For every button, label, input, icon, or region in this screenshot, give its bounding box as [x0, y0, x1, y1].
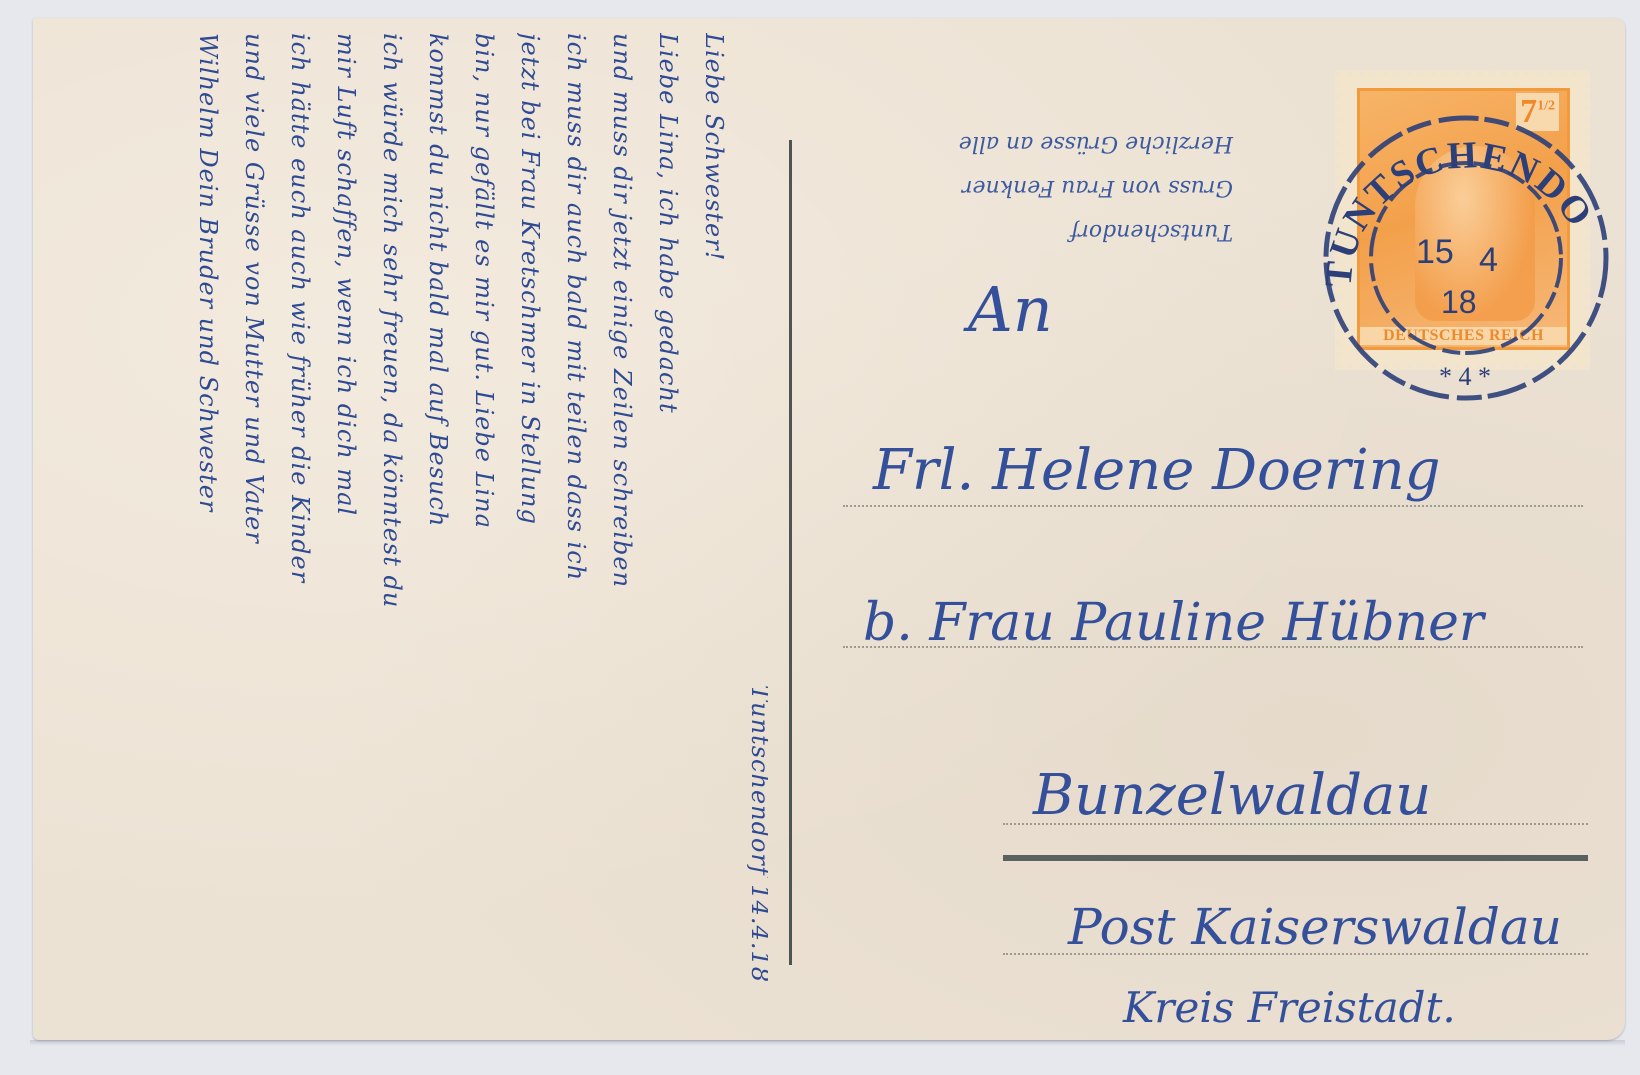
address-care-of: b. Frau Pauline Hübner — [863, 593, 1484, 653]
stamp-value: 71/2 — [1516, 93, 1559, 131]
message-line: kommst du nicht bald mal auf Besuch — [415, 33, 461, 1023]
scan-shadow — [30, 1040, 1625, 1046]
message-line: und muss dir jetzt einige Zeilen schreib… — [599, 33, 645, 1023]
address-dotted-line — [1003, 953, 1588, 955]
message-line: bin, nur gefällt es mir gut. Liebe Lina — [461, 33, 507, 1023]
upside-down-note: Tuntschendorf Gruss von Frau Fenkner Her… — [813, 38, 1233, 253]
germania-figure-icon — [1415, 146, 1535, 321]
address-dotted-line — [843, 646, 1583, 648]
address-dotted-line — [843, 505, 1583, 507]
message-area: Tuntschendorf 14.4.18 Liebe Schwester! L… — [48, 33, 768, 1023]
address-post-office: Post Kaiserswaldau — [1068, 898, 1562, 956]
message-text-rotated: Tuntschendorf 14.4.18 Liebe Schwester! L… — [63, 33, 768, 1023]
message-line: Liebe Schwester! — [691, 33, 737, 1023]
address-district: Kreis Freistadt. — [1123, 983, 1456, 1032]
message-line: Liebe Lina, ich habe gedacht — [645, 33, 691, 1023]
stamp-country: DEUTSCHES REICH — [1360, 327, 1567, 345]
address-dotted-line — [1003, 823, 1588, 825]
address-town-rule — [1003, 855, 1588, 861]
message-line: Wilhelm Dein Bruder und Schwester — [185, 33, 231, 1023]
address-salutation: An — [968, 273, 1053, 346]
message-line: ich hätte euch auch wie früher die Kinde… — [277, 33, 323, 1023]
message-line: jetzt bei Frau Kretschmer in Stellung — [507, 33, 553, 1023]
message-line: ich würde mich sehr freuen, da könntest … — [369, 33, 415, 1023]
message-line: mir Luft schaffen, wenn ich dich mal — [323, 33, 369, 1023]
center-divider-line — [789, 140, 792, 965]
postcard: Tuntschendorf 14.4.18 Liebe Schwester! L… — [33, 18, 1625, 1040]
note-line: Tuntschendorf — [813, 209, 1233, 253]
stamp-frame: 71/2 DEUTSCHES REICH — [1357, 88, 1570, 350]
message-line: und viele Grüsse von Mutter und Vater — [231, 33, 277, 1023]
address-town: Bunzelwaldau — [1033, 763, 1431, 828]
message-line: ich muss dir auch bald mit teilen dass i… — [553, 33, 599, 1023]
note-line: Herzliche Grüsse an alle — [813, 121, 1233, 165]
message-line: Tuntschendorf 14.4.18 — [737, 33, 768, 1023]
postage-stamp: 71/2 DEUTSCHES REICH — [1335, 70, 1590, 370]
address-recipient: Frl. Helene Doering — [873, 438, 1441, 503]
note-line: Gruss von Frau Fenkner — [813, 165, 1233, 209]
